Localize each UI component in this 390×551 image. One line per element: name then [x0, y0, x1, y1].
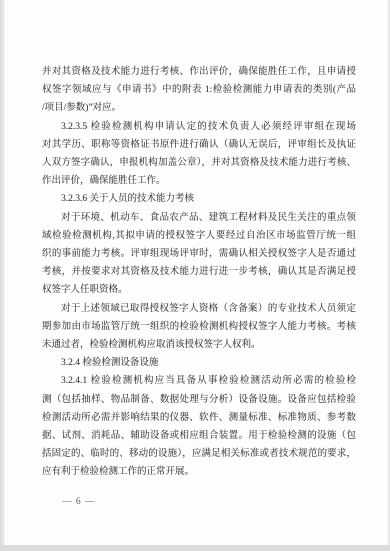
- scan-edge-left: [0, 0, 5, 551]
- text-line: 3.2.4 检验检测设备设施: [42, 354, 356, 372]
- text-line: 检测活动所必需并影响结果的仪器、软件、测量标准、标准物质、参考数: [42, 409, 356, 427]
- text-line: 期参加由市场监管厅统一组织的检验检测机构授权签字人能力考核。考核: [42, 318, 356, 336]
- text-line: 作出评价，确保能胜任工作。: [42, 172, 356, 190]
- text-line: 3.2.3.6 关于人员的技术能力考核: [42, 190, 356, 208]
- text-line: 对其学历、职称等资格证书原件进行确认（确认无误后，评审组长及执证: [42, 136, 356, 154]
- body-text: 并对其资格及技术能力进行考核、作出评价，确保能胜任工作，且申请授权签字领域应与《…: [42, 63, 356, 482]
- text-line: 括固定的、临时的、移动的设施），应满足相关标准或者技术规范的要求，: [42, 445, 356, 463]
- scan-edge-bottom: [0, 545, 390, 551]
- text-line: 考核，并按要求对其资格及技术能力进行进一步考核，确认其是否满足授: [42, 263, 356, 281]
- text-line: 应有利于检验检测工作的正常开展。: [42, 463, 356, 481]
- text-line: 域检验检测机构,其拟申请的授权签字人要经过自治区市场监管厅统一组: [42, 227, 356, 245]
- text-line: /项目/参数)”对应。: [42, 99, 356, 117]
- text-line: 对于上述领域已取得授权签字人资格（含备案）的专业技术人员须定: [42, 300, 356, 318]
- text-line: 3.2.3.5 检验检测机构申请认定的技术负责人必须经评审组在现场: [42, 118, 356, 136]
- text-line: 并对其资格及技术能力进行考核、作出评价，确保能胜任工作，且申请授: [42, 63, 356, 81]
- text-line: 对于环境、机动车、食品农产品、建筑工程材料及民生关注的重点领: [42, 209, 356, 227]
- text-line: 未通过者，检验检测机构应取消该授权签字人权利。: [42, 336, 356, 354]
- text-line: 测（包括抽样、物品制备、数据处理与分析）设备设施。设备应包括检验: [42, 391, 356, 409]
- page-number: — 6 —: [62, 496, 96, 508]
- text-line: 人双方签字确认，申报机构加盖公章），并对其资格及技术能力进行考核、: [42, 154, 356, 172]
- scanned-page: 并对其资格及技术能力进行考核、作出评价，确保能胜任工作，且申请授权签字领域应与《…: [0, 0, 390, 551]
- text-line: 权签字人任职资格。: [42, 281, 356, 299]
- text-line: 权签字领域应与《申请书》中的附表 1:检验检测能力申请表的类别(产品: [42, 81, 356, 99]
- text-line: 3.2.4.1 检验检测机构应当具备从事检验检测活动所必需的检验检: [42, 372, 356, 390]
- text-line: 织的事前能力考核。评审组现场评审时，需确认相关授权签字人是否通过: [42, 245, 356, 263]
- text-line: 据、试剂、消耗品、辅助设备或相应组合装置。用于检验检测的设施（包: [42, 427, 356, 445]
